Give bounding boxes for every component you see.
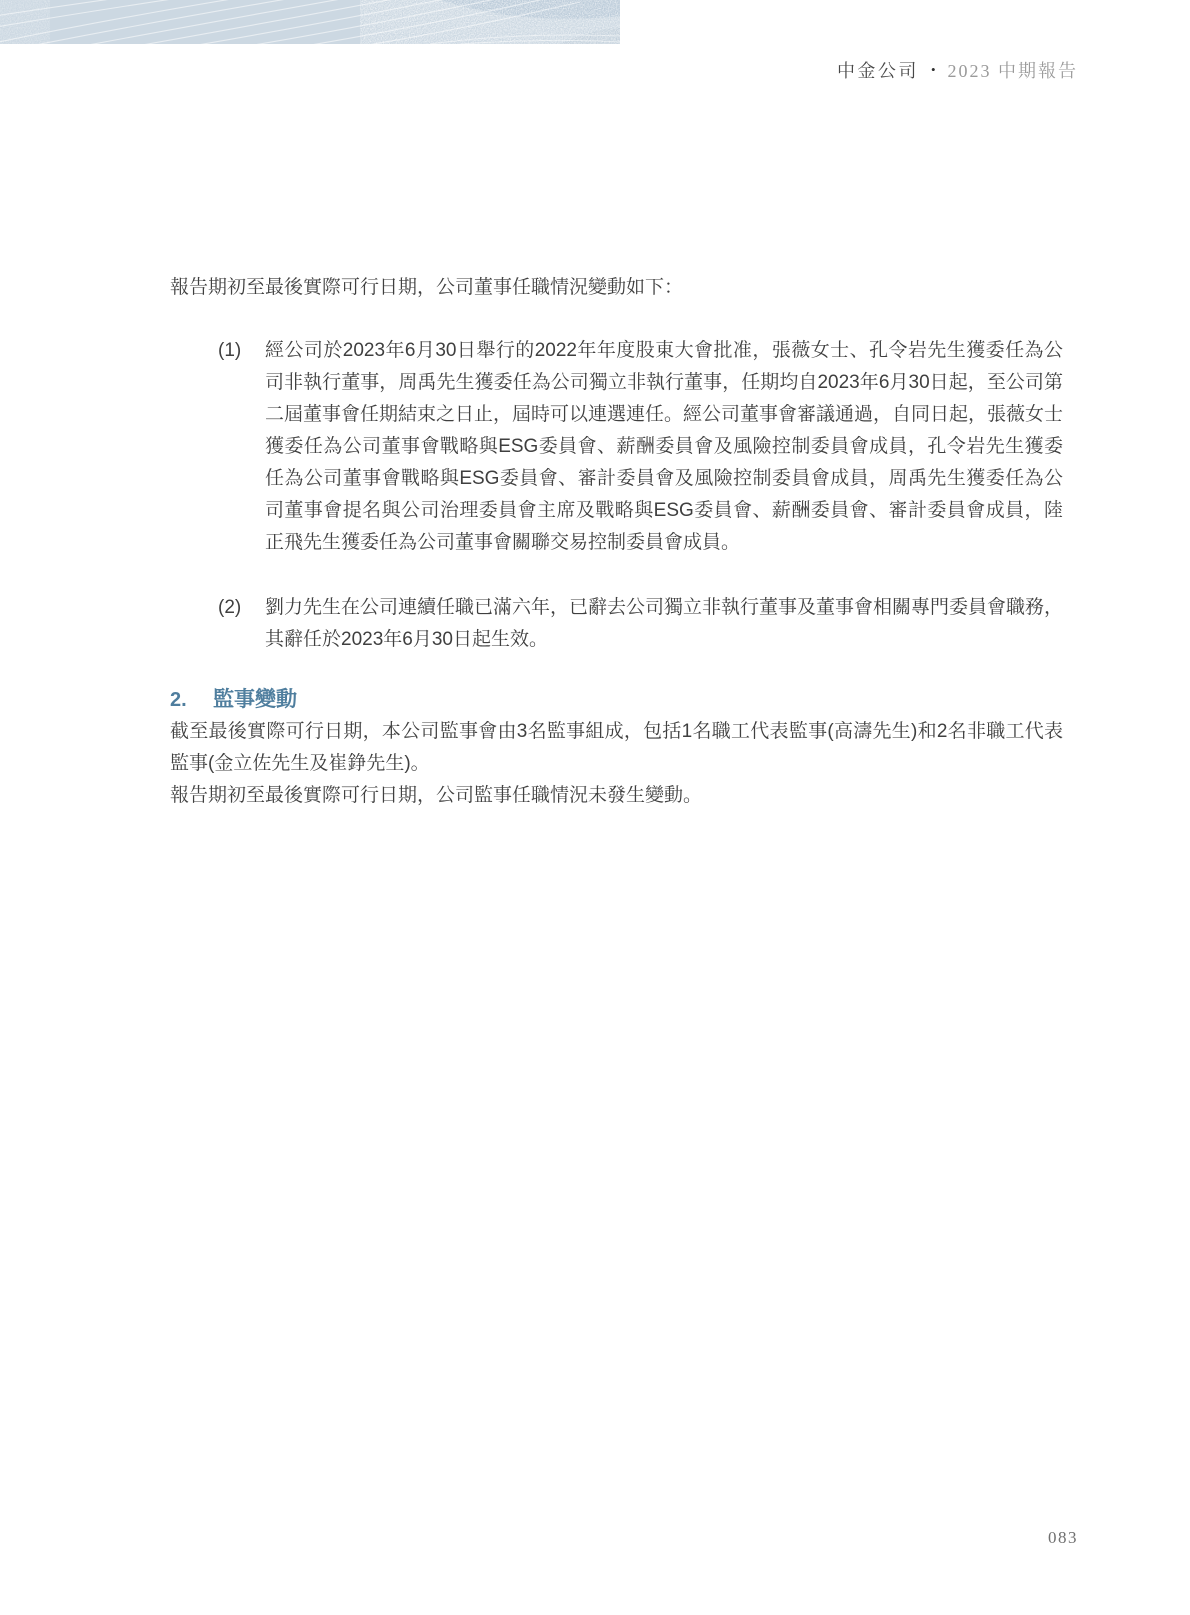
report-page: 中金公司•2023 中期報告 報告期初至最後實際可行日期，公司董事任職情況變動如… — [0, 0, 1190, 1615]
supervisors-composition-paragraph: 截至最後實際可行日期，本公司監事會由3名監事組成，包括1名職工代表監事(高濤先生… — [170, 716, 1063, 780]
company-name: 中金公司 — [837, 61, 919, 81]
section-number: 2. — [170, 684, 213, 716]
report-title: 2023 中期報告 — [948, 61, 1079, 81]
item-number: (1) — [218, 335, 265, 367]
document-body: 報告期初至最後實際可行日期，公司董事任職情況變動如下： (1) 經公司於2023… — [170, 272, 1063, 812]
numbered-item-1: (1) 經公司於2023年6月30日舉行的2022年年度股東大會批准，張薇女士、… — [170, 335, 1063, 559]
page-number: 083 — [1048, 1528, 1078, 1548]
running-header: 中金公司•2023 中期報告 — [837, 58, 1078, 83]
section-title: 監事變動 — [213, 684, 297, 716]
section-heading-supervisors: 2. 監事變動 — [170, 684, 1063, 716]
banner-artwork — [0, 0, 620, 44]
intro-paragraph: 報告期初至最後實際可行日期，公司董事任職情況變動如下： — [170, 272, 1063, 304]
numbered-item-2: (2) 劉力先生在公司連續任職已滿六年，已辭去公司獨立非執行董事及董事會相關專門… — [170, 592, 1063, 656]
banner-waves-icon — [0, 0, 620, 44]
item-text: 劉力先生在公司連續任職已滿六年，已辭去公司獨立非執行董事及董事會相關專門委員會職… — [265, 592, 1063, 656]
bullet-separator-icon: • — [931, 62, 936, 77]
item-number: (2) — [218, 592, 265, 624]
supervisors-change-paragraph: 報告期初至最後實際可行日期，公司監事任職情況未發生變動。 — [170, 780, 1063, 812]
item-text: 經公司於2023年6月30日舉行的2022年年度股東大會批准，張薇女士、孔令岩先… — [265, 335, 1063, 559]
